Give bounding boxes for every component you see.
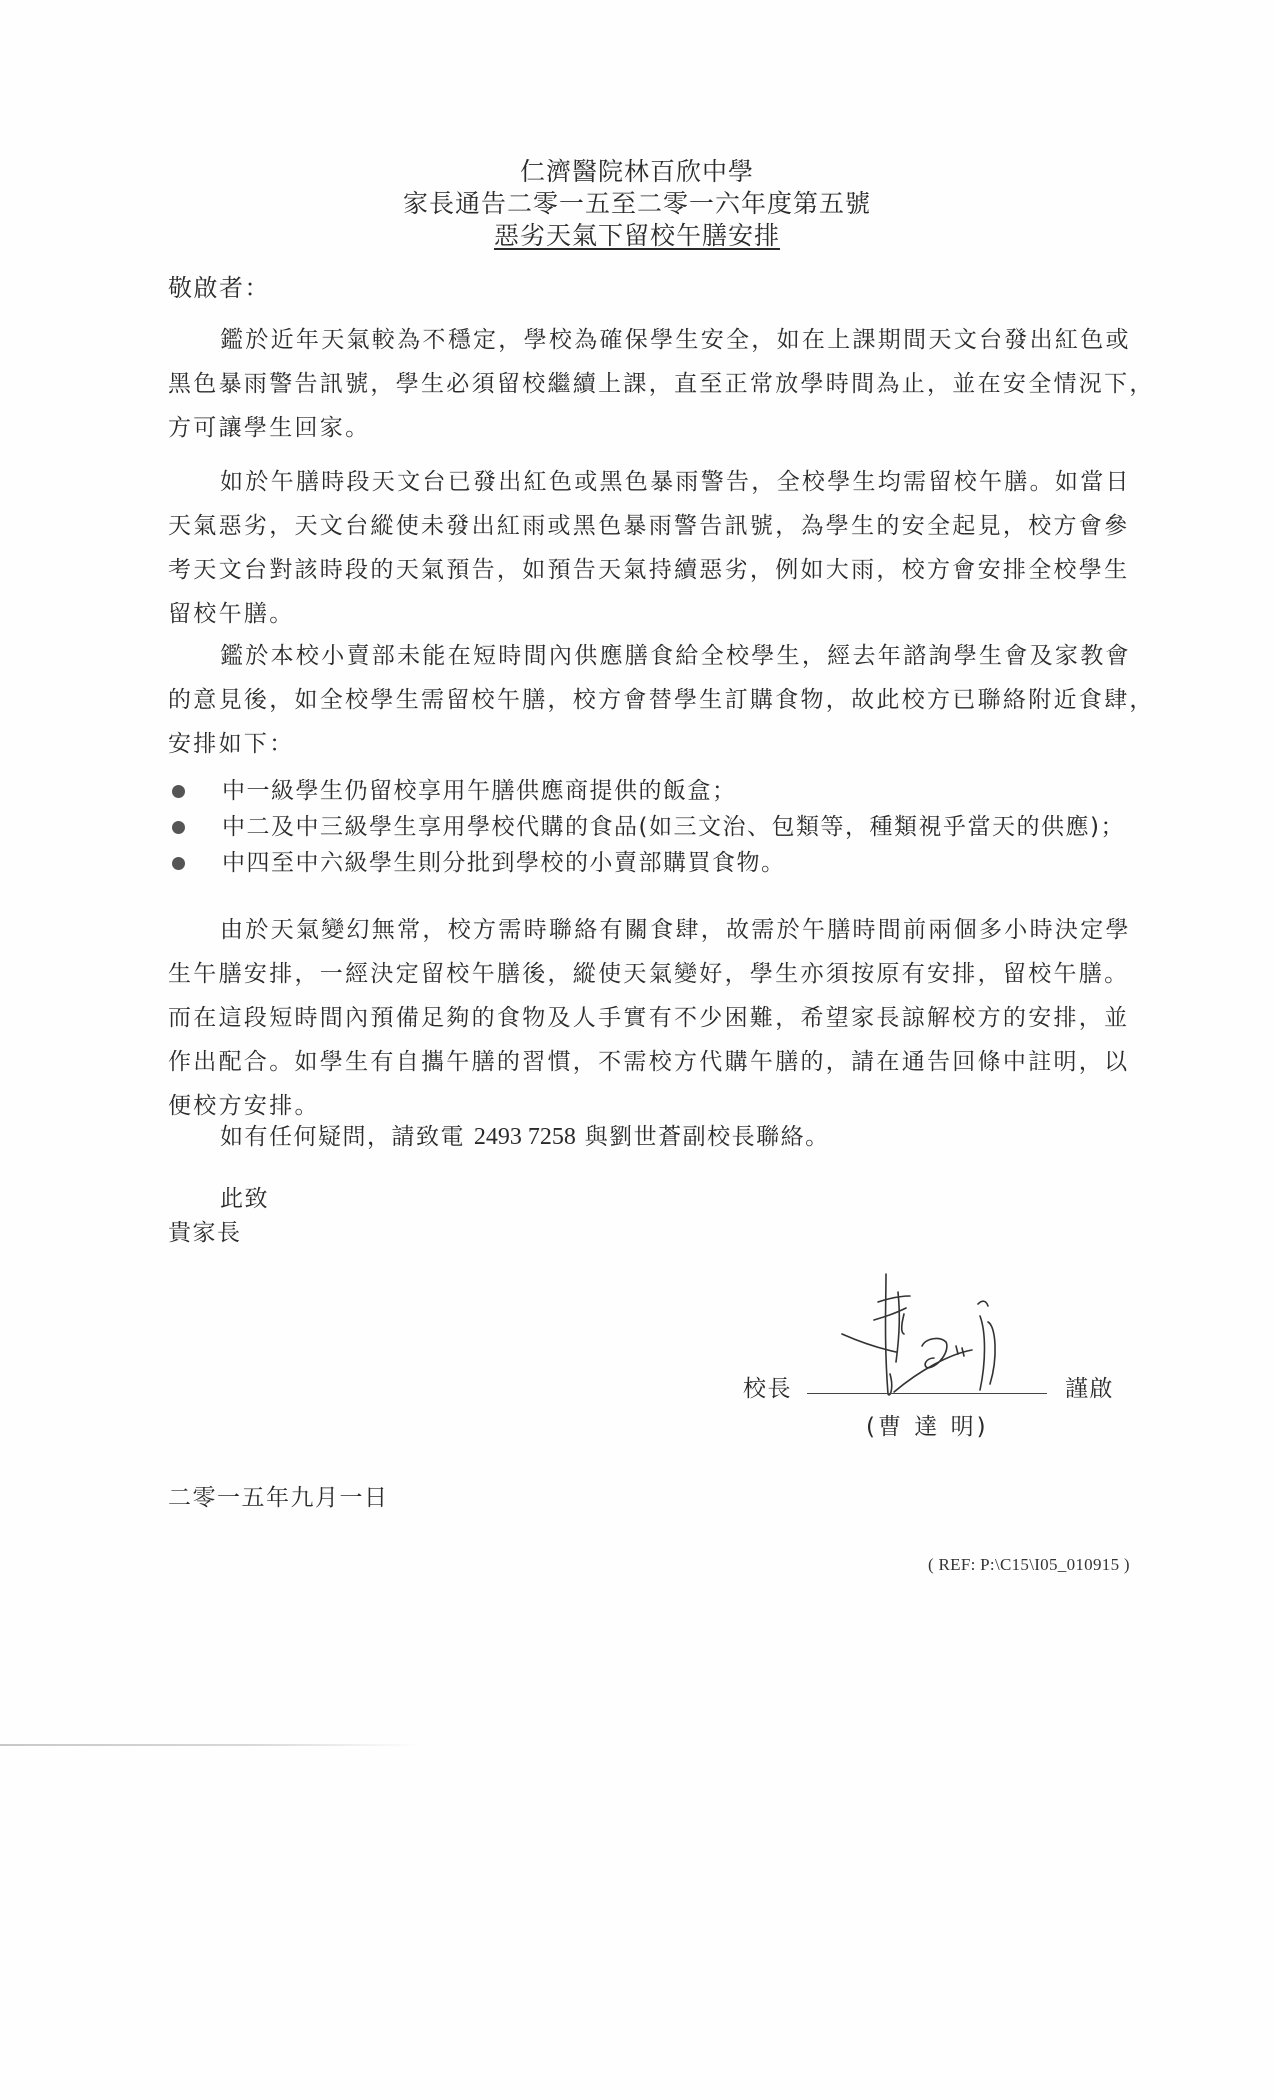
paragraph-line: 鑑於近年天氣較為不穩定，學校為確保學生安全，如在上課期間天文台發出紅色或	[220, 318, 1128, 362]
paragraph-line: 黑色暴雨警告訊號，學生必須留校繼續上課，直至正常放學時間為止，並在安全情況下，	[168, 362, 1128, 406]
bullet-icon	[172, 785, 185, 798]
notice-date: 二零一五年九月一日	[168, 1479, 389, 1512]
school-name: 仁濟醫院林百欣中學	[0, 152, 1274, 188]
arrangements-list: 中一級學生仍留校享用午膳供應商提供的飯盒； 中二及中三級學生享用學校代購的食品(…	[168, 773, 1148, 881]
paragraph-line: 留校午膳。	[168, 592, 1128, 636]
scan-artifact-line	[0, 1744, 420, 1746]
bullet-icon	[172, 857, 185, 870]
closing-ci-zhi: 此致	[220, 1180, 269, 1213]
arrangement-text: 中一級學生仍留校享用午膳供應商提供的飯盒；	[222, 773, 737, 809]
notice-number: 家長通告二零一五至二零一六年度第五號	[0, 184, 1274, 220]
paragraph-line: 生午膳安排，一經決定留校午膳後，縱使天氣變好，學生亦須按原有安排，留校午膳。	[168, 952, 1128, 996]
principal-label: 校長	[743, 1370, 792, 1403]
paragraph-line: 而在這段短時間內預備足夠的食物及人手實有不少困難，希望家長諒解校方的安排，並	[168, 996, 1128, 1040]
reference-code: ( REF: P:\C15\I05_010915 )	[928, 1555, 1130, 1575]
enquiry-prefix: 如有任何疑問，請致電	[220, 1124, 474, 1150]
enquiry-suffix: 與劉世蒼副校長聯絡。	[576, 1124, 830, 1150]
closing-recipient: 貴家長	[168, 1214, 242, 1247]
paragraph-3: 鑑於本校小賣部未能在短時間內供應膳食給全校學生，經去年諮詢學生會及家教會 的意見…	[168, 634, 1128, 766]
paragraph-line: 方可讓學生回家。	[168, 406, 1128, 450]
arrangement-text: 中二及中三級學生享用學校代購的食品(如三文治、包類等，種類視乎當天的供應)；	[222, 809, 1125, 845]
paragraph-line: 天氣惡劣，天文台縱使未發出紅雨或黑色暴雨警告訊號，為學生的安全起見，校方會參	[168, 504, 1128, 548]
paragraph-line: 考天文台對該時段的天氣預告，如預告天氣持續惡劣，例如大雨，校方會安排全校學生	[168, 548, 1128, 592]
bullet-icon	[172, 821, 185, 834]
document-page: 仁濟醫院林百欣中學 家長通告二零一五至二零一六年度第五號 惡劣天氣下留校午膳安排…	[0, 0, 1274, 2100]
salutation: 敬啟者：	[168, 268, 270, 303]
paragraph-4: 由於天氣變幻無常，校方需時聯絡有關食肆，故需於午膳時間前兩個多小時決定學 生午膳…	[168, 908, 1128, 1128]
sign-off: 謹啟	[1065, 1370, 1114, 1403]
paragraph-line: 鑑於本校小賣部未能在短時間內供應膳食給全校學生，經去年諮詢學生會及家教會	[220, 634, 1128, 678]
enquiry-line: 如有任何疑問，請致電 2493 7258 與劉世蒼副校長聯絡。	[220, 1118, 830, 1151]
arrangement-item: 中一級學生仍留校享用午膳供應商提供的飯盒；	[168, 773, 1148, 809]
arrangement-text: 中四至中六級學生則分批到學校的小賣部購買食物。	[222, 845, 786, 881]
signature-line	[807, 1393, 1047, 1394]
paragraph-line: 安排如下：	[168, 722, 1128, 766]
paragraph-1: 鑑於近年天氣較為不穩定，學校為確保學生安全，如在上課期間天文台發出紅色或 黑色暴…	[168, 318, 1128, 450]
paragraph-line: 的意見後，如全校學生需留校午膳，校方會替學生訂購食物，故此校方已聯絡附近食肆，	[168, 678, 1128, 722]
signature-icon	[830, 1262, 1050, 1402]
paragraph-line: 作出配合。如學生有自攜午膳的習慣，不需校方代購午膳的，請在通告回條中註明，以	[168, 1040, 1128, 1084]
notice-title-text: 惡劣天氣下留校午膳安排	[494, 221, 780, 250]
paragraph-line: 如於午膳時段天文台已發出紅色或黑色暴雨警告，全校學生均需留校午膳。如當日	[220, 460, 1128, 504]
paragraph-2: 如於午膳時段天文台已發出紅色或黑色暴雨警告，全校學生均需留校午膳。如當日 天氣惡…	[168, 460, 1128, 636]
paragraph-line: 由於天氣變幻無常，校方需時聯絡有關食肆，故需於午膳時間前兩個多小時決定學	[220, 908, 1128, 952]
arrangement-item: 中四至中六級學生則分批到學校的小賣部購買食物。	[168, 845, 1148, 881]
notice-title: 惡劣天氣下留校午膳安排	[0, 216, 1274, 252]
enquiry-phone: 2493 7258	[474, 1124, 576, 1150]
arrangement-item: 中二及中三級學生享用學校代購的食品(如三文治、包類等，種類視乎當天的供應)；	[168, 809, 1148, 845]
principal-name: (曹 達 明)	[866, 1408, 989, 1441]
